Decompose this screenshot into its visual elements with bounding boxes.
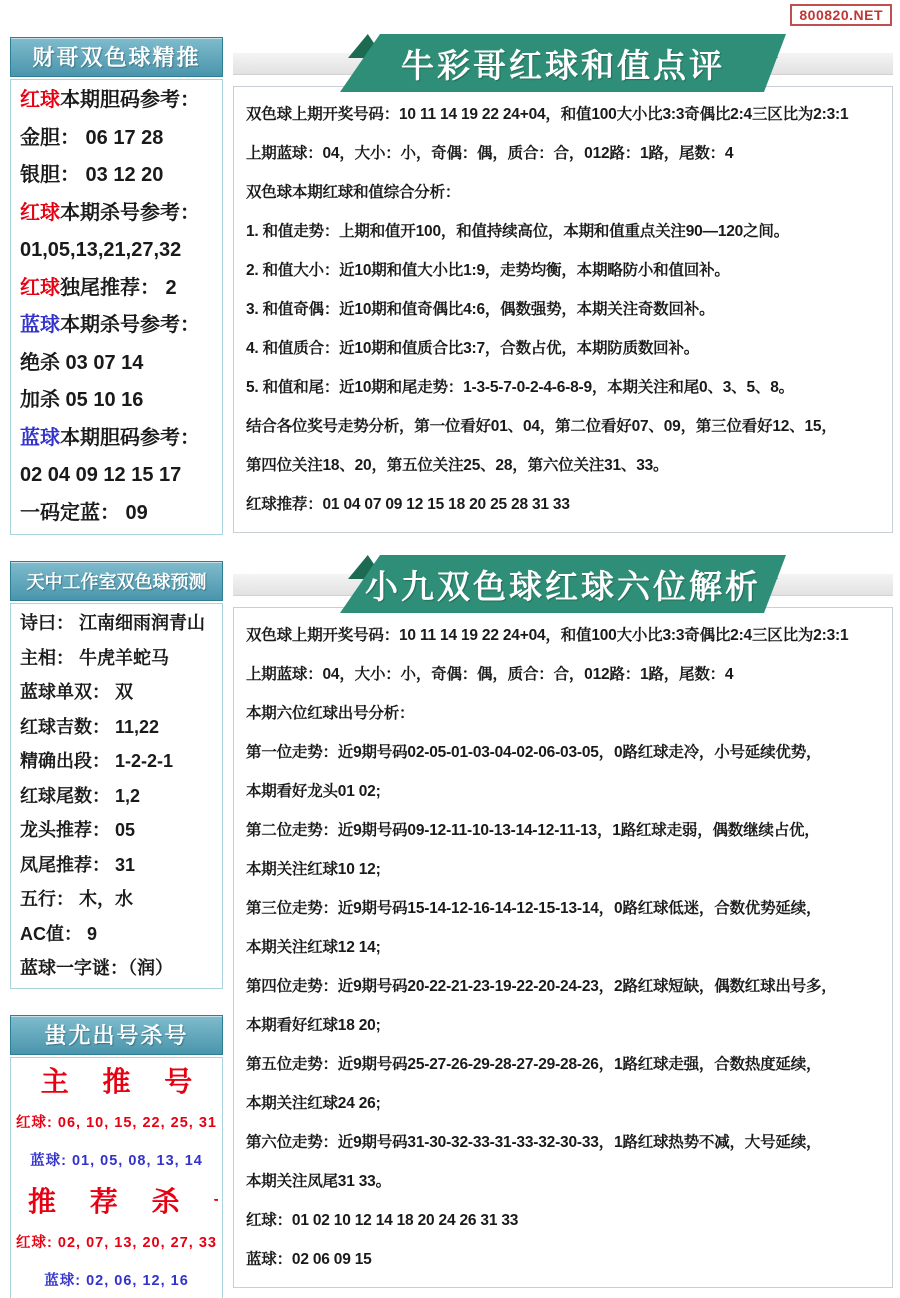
text-line: 上期蓝球：04，大小：小，奇偶：偶，质合：合，012路：1路，尾数：4	[246, 134, 880, 173]
banner-xiaojiu: 小九双色球红球六位解析	[233, 555, 893, 613]
text: 1. 和值走势：上期和值开100，和值持续高位，本期和值重点关注90—120之间…	[246, 223, 789, 240]
text: 上期蓝球：04，大小：小，奇偶：偶，质合：合，012路：1路，尾数：4	[246, 145, 733, 162]
text-line: AC值： 9	[20, 917, 213, 952]
text: 龙头推荐： 05	[20, 820, 135, 840]
text: 本期关注红球12 14;	[246, 939, 381, 956]
text-line: 诗曰： 江南细雨润青山	[20, 606, 213, 641]
text: 蓝球：02 06 09 15	[246, 1251, 372, 1268]
text: 本期看好红球18 20;	[246, 1017, 381, 1034]
panel-chiyou: 蚩尤出号杀号 主 推 号红球: 06, 10, 15, 22, 25, 31蓝球…	[10, 1015, 223, 1298]
text-line: 蓝球本期胆码参考：	[20, 420, 213, 458]
text-line: 第三位走势：近9期号码15-14-12-16-14-12-15-13-14，0路…	[246, 889, 880, 928]
text: 本期胆码参考：	[60, 89, 200, 111]
text-line: 本期看好龙头01 02;	[246, 772, 880, 811]
red-text: 推 荐 杀 号	[28, 1186, 218, 1217]
panel-caige-body: 红球本期胆码参考：金胆： 06 17 28银胆： 03 12 20红球本期杀号参…	[10, 79, 223, 535]
banner-niucaige-title: 牛彩哥红球和值点评	[401, 40, 725, 87]
panel-xiaojiu-body: 双色球上期开奖号码：10 11 14 19 22 24+04，和值100大小比3…	[233, 607, 893, 1288]
banner-ribbon: 小九双色球红球六位解析	[340, 555, 786, 613]
blue-text: 蓝球: 01, 05, 08, 13, 14	[30, 1153, 203, 1169]
ribbon-band: 牛彩哥红球和值点评	[340, 34, 786, 92]
text-line: 本期六位红球出号分析：	[246, 694, 880, 733]
text-line: 本期关注凤尾31 33。	[246, 1162, 880, 1201]
text-line: 凤尾推荐： 31	[20, 848, 213, 883]
panel-tianzhong-title: 天中工作室双色球预测	[10, 561, 223, 601]
text: 本期看好龙头01 02;	[246, 783, 381, 800]
text-line: 本期关注红球24 26;	[246, 1084, 880, 1123]
text-line: 本期看好红球18 20;	[246, 1006, 880, 1045]
text: 红球吉数： 11,22	[20, 717, 159, 737]
panel-tianzhong: 天中工作室双色球预测 诗曰： 江南细雨润青山主相： 牛虎羊蛇马蓝球单双： 双红球…	[10, 561, 223, 989]
text-line: 1. 和值走势：上期和值开100，和值持续高位，本期和值重点关注90—120之间…	[246, 212, 880, 251]
text: AC值： 9	[20, 924, 97, 944]
text-line: 双色球本期红球和值综合分析：	[246, 173, 880, 212]
text: 凤尾推荐： 31	[20, 855, 135, 875]
text-line: 绝杀 03 07 14	[20, 345, 213, 383]
text-line: 第四位关注18、20，第五位关注25、28，第六位关注31、33。	[246, 446, 880, 485]
text-line: 本期关注红球12 14;	[246, 928, 880, 967]
panel-chiyou-body: 主 推 号红球: 06, 10, 15, 22, 25, 31蓝球: 01, 0…	[10, 1057, 223, 1298]
text: 结合各位奖号走势分析，第一位看好01、04，第二位看好07、09，第三位看好12…	[246, 418, 837, 435]
text-line: 红球本期杀号参考：	[20, 195, 213, 233]
text-line: 蓝球: 01, 05, 08, 13, 14	[15, 1142, 218, 1180]
text-line: 红球本期胆码参考：	[20, 82, 213, 120]
left-column: 财哥双色球精推 红球本期胆码参考：金胆： 06 17 28银胆： 03 12 2…	[10, 37, 223, 1298]
banner-xiaojiu-title: 小九双色球红球六位解析	[365, 561, 761, 608]
text: 双色球上期开奖号码：10 11 14 19 22 24+04，和值100大小比3…	[246, 106, 848, 123]
text-line: 2. 和值大小：近10期和值大小比1:9，走势均衡，本期略防小和值回补。	[246, 251, 880, 290]
text: 五行： 木，水	[20, 889, 133, 909]
blue-text: 蓝球	[20, 314, 60, 336]
text-line: 第二位走势：近9期号码09-12-11-10-13-14-12-11-13，1路…	[246, 811, 880, 850]
text: 01,05,13,21,27,32	[20, 239, 181, 261]
red-text: 主 推 号	[41, 1066, 206, 1097]
banner-ribbon: 牛彩哥红球和值点评	[340, 34, 786, 92]
text: 本期杀号参考：	[60, 314, 200, 336]
text: 金胆： 06 17 28	[20, 127, 163, 149]
text: 加杀 05 10 16	[20, 389, 143, 411]
text-line: 01,05,13,21,27,32	[20, 232, 213, 270]
text: 3. 和值奇偶：近10期和值奇偶比4:6，偶数强势，本期关注奇数回补。	[246, 301, 714, 318]
text-line: 主相： 牛虎羊蛇马	[20, 641, 213, 676]
page: 800820.NET 财哥双色球精推 红球本期胆码参考：金胆： 06 17 28…	[0, 0, 900, 1298]
text: 上期蓝球：04，大小：小，奇偶：偶，质合：合，012路：1路，尾数：4	[246, 666, 733, 683]
text-line: 4. 和值质合：近10期和值质合比3:7，合数占优，本期防质数回补。	[246, 329, 880, 368]
text: 本期杀号参考：	[60, 202, 200, 224]
text: 本期关注红球10 12;	[246, 861, 381, 878]
panel-caige: 财哥双色球精推 红球本期胆码参考：金胆： 06 17 28银胆： 03 12 2…	[10, 37, 223, 535]
panel-chiyou-title: 蚩尤出号杀号	[10, 1015, 223, 1055]
panel-caige-title: 财哥双色球精推	[10, 37, 223, 77]
text-line: 五行： 木，水	[20, 882, 213, 917]
text-line: 加杀 05 10 16	[20, 382, 213, 420]
spacer	[10, 989, 223, 1015]
text-line: 蓝球：02 06 09 15	[246, 1240, 880, 1279]
text-line: 一码定蓝： 09	[20, 495, 213, 533]
text-line: 结合各位奖号走势分析，第一位看好01、04，第二位看好07、09，第三位看好12…	[246, 407, 880, 446]
text-line: 第四位走势：近9期号码20-22-21-23-19-22-20-24-23，2路…	[246, 967, 880, 1006]
panel-tianzhong-body: 诗曰： 江南细雨润青山主相： 牛虎羊蛇马蓝球单双： 双红球吉数： 11,22精确…	[10, 603, 223, 989]
text-line: 蓝球单双： 双	[20, 675, 213, 710]
text-line: 第六位走势：近9期号码31-30-32-33-31-33-32-30-33，1路…	[246, 1123, 880, 1162]
text-line: 银胆： 03 12 20	[20, 157, 213, 195]
text: 第四位关注18、20，第五位关注25、28，第六位关注31、33。	[246, 457, 668, 474]
text: 银胆： 03 12 20	[20, 164, 163, 186]
site-watermark: 800820.NET	[790, 4, 892, 26]
text: 蓝球一字谜：（润）	[20, 958, 173, 978]
text: 红球推荐：01 04 07 09 12 15 18 20 25 28 31 33	[246, 496, 570, 513]
text: 本期六位红球出号分析：	[246, 705, 414, 722]
text: 红球尾数： 1,2	[20, 786, 140, 806]
text-line: 精确出段： 1-2-2-1	[20, 744, 213, 779]
text: 4. 和值质合：近10期和值质合比3:7，合数占优，本期防质数回补。	[246, 340, 699, 357]
text: 诗曰： 江南细雨润青山	[20, 613, 205, 633]
text: 第五位走势：近9期号码25-27-26-29-28-27-29-28-26，1路…	[246, 1056, 821, 1073]
text-line: 红球: 02, 07, 13, 20, 27, 33	[15, 1224, 218, 1262]
red-text: 红球	[20, 277, 60, 299]
text-line: 本期关注红球10 12;	[246, 850, 880, 889]
text: 绝杀 03 07 14	[20, 352, 143, 374]
text-line: 主 推 号	[15, 1060, 218, 1104]
text-line: 蓝球本期杀号参考：	[20, 307, 213, 345]
text-line: 红球尾数： 1,2	[20, 779, 213, 814]
text-line: 红球：01 02 10 12 14 18 20 24 26 31 33	[246, 1201, 880, 1240]
text: 02 04 09 12 15 17	[20, 464, 181, 486]
right-column: 牛彩哥红球和值点评 双色球上期开奖号码：10 11 14 19 22 24+04…	[233, 34, 893, 1288]
text: 第三位走势：近9期号码15-14-12-16-14-12-15-13-14，0路…	[246, 900, 821, 917]
text-line: 红球吉数： 11,22	[20, 710, 213, 745]
text-line: 双色球上期开奖号码：10 11 14 19 22 24+04，和值100大小比3…	[246, 95, 880, 134]
text: 一码定蓝： 09	[20, 502, 148, 524]
text: 独尾推荐： 2	[60, 277, 177, 299]
banner-niucaige: 牛彩哥红球和值点评	[233, 34, 893, 92]
text: 5. 和值和尾：近10期和尾走势：1-3-5-7-0-2-4-6-8-9，本期关…	[246, 379, 794, 396]
text: 红球：01 02 10 12 14 18 20 24 26 31 33	[246, 1212, 518, 1229]
text-line: 第五位走势：近9期号码25-27-26-29-28-27-29-28-26，1路…	[246, 1045, 880, 1084]
ribbon-band: 小九双色球红球六位解析	[340, 555, 786, 613]
text: 精确出段： 1-2-2-1	[20, 751, 173, 771]
text-line: 红球: 06, 10, 15, 22, 25, 31	[15, 1104, 218, 1142]
text-line: 红球推荐：01 04 07 09 12 15 18 20 25 28 31 33	[246, 485, 880, 524]
text-line: 龙头推荐： 05	[20, 813, 213, 848]
text: 主相： 牛虎羊蛇马	[20, 648, 169, 668]
text: 本期胆码参考：	[60, 427, 200, 449]
text-line: 蓝球一字谜：（润）	[20, 951, 213, 986]
red-text: 红球: 02, 07, 13, 20, 27, 33	[16, 1235, 217, 1251]
text: 本期关注红球24 26;	[246, 1095, 381, 1112]
panel-niucaige-body: 双色球上期开奖号码：10 11 14 19 22 24+04，和值100大小比3…	[233, 86, 893, 533]
text: 蓝球单双： 双	[20, 682, 133, 702]
text: 双色球上期开奖号码：10 11 14 19 22 24+04，和值100大小比3…	[246, 627, 848, 644]
text-line: 双色球上期开奖号码：10 11 14 19 22 24+04，和值100大小比3…	[246, 616, 880, 655]
text-line: 推 荐 杀 号	[15, 1180, 218, 1224]
text: 第一位走势：近9期号码02-05-01-03-04-02-06-03-05，0路…	[246, 744, 821, 761]
spacer	[10, 535, 223, 561]
text: 第四位走势：近9期号码20-22-21-23-19-22-20-24-23，2路…	[246, 978, 837, 995]
text: 第二位走势：近9期号码09-12-11-10-13-14-12-11-13，1路…	[246, 822, 820, 839]
red-text: 红球	[20, 202, 60, 224]
text: 本期关注凤尾31 33。	[246, 1173, 391, 1190]
text-line: 3. 和值奇偶：近10期和值奇偶比4:6，偶数强势，本期关注奇数回补。	[246, 290, 880, 329]
text: 2. 和值大小：近10期和值大小比1:9，走势均衡，本期略防小和值回补。	[246, 262, 730, 279]
blue-text: 蓝球	[20, 427, 60, 449]
text-line: 02 04 09 12 15 17	[20, 457, 213, 495]
text-line: 蓝球: 02, 06, 12, 16	[15, 1262, 218, 1298]
text-line: 金胆： 06 17 28	[20, 120, 213, 158]
blue-text: 蓝球: 02, 06, 12, 16	[44, 1273, 189, 1289]
red-text: 红球	[20, 89, 60, 111]
text-line: 红球独尾推荐： 2	[20, 270, 213, 308]
text-line: 第一位走势：近9期号码02-05-01-03-04-02-06-03-05，0路…	[246, 733, 880, 772]
text: 双色球本期红球和值综合分析：	[246, 184, 460, 201]
red-text: 红球: 06, 10, 15, 22, 25, 31	[16, 1115, 217, 1131]
text: 第六位走势：近9期号码31-30-32-33-31-33-32-30-33，1路…	[246, 1134, 821, 1151]
text-line: 上期蓝球：04，大小：小，奇偶：偶，质合：合，012路：1路，尾数：4	[246, 655, 880, 694]
text-line: 5. 和值和尾：近10期和尾走势：1-3-5-7-0-2-4-6-8-9，本期关…	[246, 368, 880, 407]
